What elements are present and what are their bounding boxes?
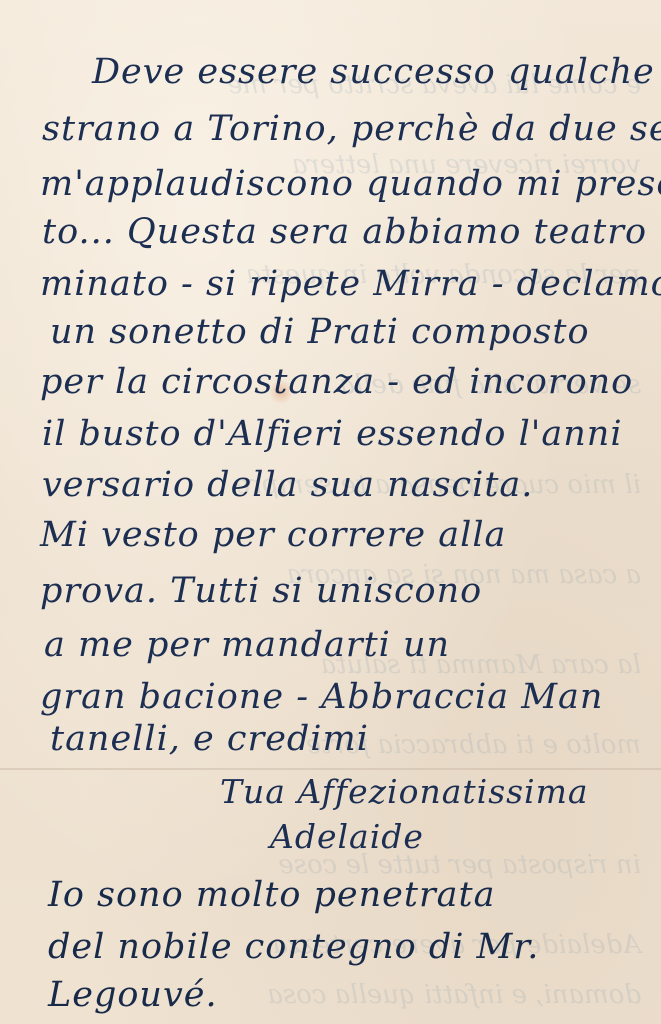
letter-page: e come lui aveva scritto per me vorrei r… <box>0 0 661 1024</box>
paper-fold <box>0 768 661 770</box>
letter-line: strano a Torino, perchè da due sere <box>42 112 661 147</box>
ink-bleed-through: e come lui aveva scritto per me vorrei r… <box>0 0 661 1024</box>
letter-line: m'applaudiscono quando mi presen <box>40 167 661 202</box>
letter-line: gran bacione - Abbraccia Man <box>40 680 603 715</box>
letter-line: minato - si ripete Mirra - declamo <box>40 267 661 302</box>
letter-line: Deve essere successo qualche cosa di <box>92 55 661 90</box>
letter-line: prova. Tutti si uniscono <box>40 574 482 609</box>
letter-line: un sonetto di Prati composto <box>50 315 590 350</box>
letter-line: to... Questa sera abbiamo teatro illu <box>42 215 661 250</box>
postscript-line: Io sono molto penetrata <box>48 878 495 913</box>
letter-line: per la circostanza - ed incorono <box>40 365 633 400</box>
letter-line: versario della sua nascita. <box>42 468 533 503</box>
letter-line: a me per mandarti un <box>44 628 450 663</box>
postscript-line: del nobile contegno di Mr. <box>48 930 539 965</box>
letter-line: il busto d'Alfieri essendo l'anni <box>42 417 623 452</box>
postscript-line: Legouvé. <box>48 978 218 1013</box>
valediction: Tua Affezionatissima <box>220 775 589 808</box>
signature: Adelaide <box>270 820 424 853</box>
letter-line: Mi vesto per correre alla <box>40 518 506 553</box>
letter-line: tanelli, e credimi <box>50 722 369 757</box>
